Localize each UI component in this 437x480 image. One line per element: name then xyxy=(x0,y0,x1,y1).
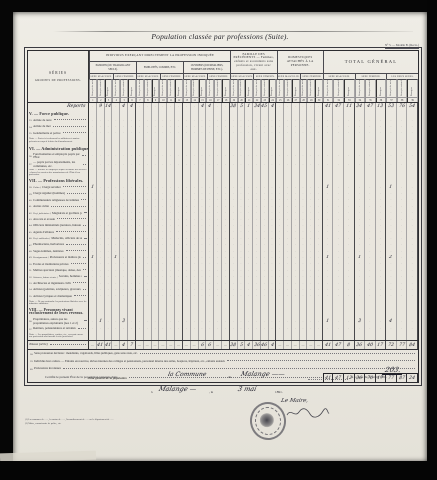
value-cell: 46 xyxy=(261,341,269,349)
value-cell xyxy=(144,299,152,307)
value-cell xyxy=(344,169,355,177)
value-cell xyxy=(300,169,308,177)
value-cell: 4 xyxy=(269,103,277,110)
value-cell: · xyxy=(333,317,344,325)
nationality-cell: Étrangers xyxy=(175,79,183,97)
value-cell: 53 xyxy=(386,103,397,110)
value-cell: 3 xyxy=(355,317,366,325)
value-cell xyxy=(89,169,97,177)
value-cell: 4 xyxy=(245,341,253,349)
value-cell xyxy=(307,299,315,307)
value-cell: · xyxy=(300,103,308,110)
value-cell xyxy=(89,177,97,185)
value-cell: · xyxy=(386,161,397,169)
value-cell xyxy=(152,110,160,118)
value-cell xyxy=(120,137,128,145)
value-cell xyxy=(152,177,160,185)
value-cell xyxy=(276,307,284,317)
column-number-cell: 27 xyxy=(292,97,300,102)
value-cell xyxy=(144,110,152,118)
value-cell xyxy=(167,110,175,118)
value-cell xyxy=(222,145,230,153)
value-cell xyxy=(245,307,253,317)
value-cell: · xyxy=(206,161,214,169)
value-cell xyxy=(333,110,344,118)
value-cell xyxy=(112,145,120,153)
value-cell xyxy=(269,145,277,153)
value-cell xyxy=(152,137,160,145)
column-number-cell: 36 xyxy=(376,97,387,102)
value-cell: · xyxy=(261,161,269,169)
value-cell: 6 xyxy=(199,341,207,349)
value-cell xyxy=(214,177,222,185)
value-cell xyxy=(112,307,120,317)
value-cell: · xyxy=(128,317,136,325)
value-cell: — xyxy=(159,341,167,349)
value-cell: 8 xyxy=(344,341,355,349)
column-number-cell: 32 xyxy=(333,97,344,102)
value-cell xyxy=(152,299,160,307)
value-cell: 4 xyxy=(386,317,397,325)
value-cell: · xyxy=(397,317,408,325)
value-cell xyxy=(333,177,344,185)
value-cell xyxy=(323,137,334,145)
value-cell xyxy=(253,307,261,317)
value-cell xyxy=(407,169,418,177)
value-cell xyxy=(238,137,246,145)
value-cell xyxy=(230,145,238,153)
nationality-cell: Étrangers xyxy=(315,79,323,97)
value-cell: 76 xyxy=(397,103,408,110)
value-cell xyxy=(183,332,191,340)
sex-header: SEXE MASCULIN. xyxy=(323,73,355,79)
value-cell xyxy=(344,177,355,185)
document-page: Population classée par professions (Suit… xyxy=(13,12,427,462)
value-cell xyxy=(355,110,366,118)
value-cell xyxy=(206,307,214,317)
value-cell xyxy=(397,332,408,340)
value-cell xyxy=(355,169,366,177)
value-cell xyxy=(89,137,97,145)
table-row: 56.Propriétaires, autres que les proprié… xyxy=(28,317,418,325)
value-cell xyxy=(386,332,397,340)
value-cell xyxy=(199,110,207,118)
column-number-cell: 28 xyxy=(300,97,308,102)
value-cell: · xyxy=(214,103,222,110)
value-cell xyxy=(222,177,230,185)
value-cell: · xyxy=(175,317,183,325)
value-cell: · xyxy=(222,103,230,110)
value-cell: · xyxy=(175,152,183,160)
hw-maire: Le Maire, xyxy=(280,398,308,404)
right-black-edge xyxy=(427,0,437,480)
value-cell: · xyxy=(144,152,152,160)
nationality-cell: Étrangers xyxy=(344,79,355,97)
value-cell: · xyxy=(238,317,246,325)
value-cell xyxy=(253,332,261,340)
value-cell xyxy=(315,299,323,307)
value-cell xyxy=(300,177,308,185)
table-row: Nota. — Les propriétaires, rentiers, etc… xyxy=(28,332,418,340)
value-cell: — xyxy=(175,341,183,349)
value-cell: · xyxy=(376,152,387,160)
value-cell xyxy=(97,177,105,185)
value-cell: · xyxy=(253,317,261,325)
value-cell: 47 xyxy=(333,103,344,110)
value-cell xyxy=(199,177,207,185)
value-cell xyxy=(292,307,300,317)
value-cell xyxy=(214,169,222,177)
value-cell: 40 xyxy=(365,341,376,349)
column-number-cell: 23 xyxy=(261,97,269,102)
value-cell xyxy=(167,299,175,307)
footnote-2: (2) Maire, commissaire de police, etc. xyxy=(25,422,61,425)
value-cell xyxy=(230,177,238,185)
value-cell xyxy=(261,110,269,118)
value-cell xyxy=(128,137,136,145)
value-cell: · xyxy=(344,317,355,325)
value-cell: · xyxy=(355,152,366,160)
value-cell: 7 xyxy=(128,341,136,349)
value-cell xyxy=(206,169,214,177)
employes-header: EMPLOYÉS, COMMIS, ETC. xyxy=(136,61,183,73)
column-number-cell: 20 xyxy=(238,97,246,102)
value-cell: 1 xyxy=(323,317,334,325)
value-cell: · xyxy=(300,317,308,325)
value-cell: · xyxy=(365,152,376,160)
value-cell xyxy=(128,145,136,153)
value-cell: 4 xyxy=(120,103,128,110)
value-cell xyxy=(386,137,397,145)
value-cell: · xyxy=(292,103,300,110)
value-cell xyxy=(323,307,334,317)
value-cell xyxy=(112,299,120,307)
value-cell xyxy=(386,299,397,307)
row-label-cell: Totaux (série) xyxy=(28,341,89,349)
value-cell xyxy=(144,307,152,317)
value-cell xyxy=(245,177,253,185)
table-row: Reports·914·44········44··385134454·····… xyxy=(28,103,418,110)
value-cell xyxy=(276,110,284,118)
value-cell: · xyxy=(159,103,167,110)
column-number-cell: 21 xyxy=(245,97,253,102)
value-cell xyxy=(407,110,418,118)
value-cell: · xyxy=(261,152,269,160)
value-cell xyxy=(230,137,238,145)
value-cell xyxy=(206,332,214,340)
value-cell xyxy=(261,332,269,340)
value-cell xyxy=(292,299,300,307)
value-cell xyxy=(144,145,152,153)
value-cell xyxy=(128,169,136,177)
value-cell: 1 xyxy=(97,317,105,325)
value-cell xyxy=(245,145,253,153)
value-cell: · xyxy=(97,152,105,160)
value-cell: 38 xyxy=(230,341,238,349)
hw-place: Malange —— xyxy=(240,370,286,378)
nationality-cell: Français naturalisés xyxy=(167,79,175,97)
column-number-cell: 15 xyxy=(199,97,207,102)
value-cell: 9 xyxy=(97,103,105,110)
value-cell xyxy=(206,110,214,118)
value-cell: · xyxy=(199,317,207,325)
value-cell xyxy=(159,307,167,317)
value-cell: 41 xyxy=(323,103,334,110)
value-cell xyxy=(97,110,105,118)
value-cell: · xyxy=(214,152,222,160)
value-cell: · xyxy=(105,152,113,160)
value-cell: · xyxy=(355,161,366,169)
value-cell: · xyxy=(120,161,128,169)
value-cell: · xyxy=(300,152,308,160)
value-cell: 34 xyxy=(253,103,261,110)
value-cell xyxy=(307,110,315,118)
value-cell: 34 xyxy=(355,103,366,110)
value-cell xyxy=(269,177,277,185)
value-cell: — xyxy=(292,341,300,349)
population-total-cell: 24 xyxy=(407,373,418,383)
value-cell xyxy=(175,307,183,317)
value-cell xyxy=(214,110,222,118)
value-cell xyxy=(128,332,136,340)
value-cell xyxy=(120,332,128,340)
value-cell xyxy=(269,137,277,145)
value-cell xyxy=(112,332,120,340)
value-cell xyxy=(269,299,277,307)
value-cell xyxy=(407,137,418,145)
value-cell: · xyxy=(333,161,344,169)
value-cell: 47 xyxy=(365,103,376,110)
row-label-cell: 56.Propriétaires, autres que les proprié… xyxy=(28,317,89,325)
value-cell: · xyxy=(159,152,167,160)
value-cell xyxy=(105,110,113,118)
value-cell xyxy=(315,307,323,317)
value-cell: 4 xyxy=(120,341,128,349)
nationality-cell: Français naturalisés xyxy=(191,79,199,97)
value-cell xyxy=(152,145,160,153)
value-cell: · xyxy=(276,317,284,325)
nationality-cell: Français naturalisés xyxy=(144,79,152,97)
column-number-cell: 6 xyxy=(128,97,136,102)
value-cell xyxy=(105,307,113,317)
column-number-cell: 10 xyxy=(159,97,167,102)
value-cell: · xyxy=(191,103,199,110)
value-cell xyxy=(136,299,144,307)
value-cell xyxy=(276,137,284,145)
value-cell xyxy=(175,145,183,153)
value-cell: · xyxy=(386,152,397,160)
value-cell: 4 xyxy=(269,341,277,349)
domestiques-header: DOMESTIQUES ATTACHÉS À LA PERSONNE. xyxy=(277,51,324,73)
value-cell xyxy=(136,169,144,177)
value-cell xyxy=(230,169,238,177)
value-cell xyxy=(376,110,387,118)
value-cell: 5 xyxy=(238,341,246,349)
value-cell xyxy=(365,307,376,317)
value-cell xyxy=(183,177,191,185)
value-cell xyxy=(112,137,120,145)
value-cell: · xyxy=(307,152,315,160)
row-label-cell: Reports xyxy=(28,103,89,110)
value-cell: · xyxy=(167,317,175,325)
nationality-cell: Français de naissance xyxy=(183,79,191,97)
value-cell xyxy=(261,145,269,153)
value-cell xyxy=(230,299,238,307)
value-cell: · xyxy=(292,161,300,169)
value-cell: · xyxy=(292,317,300,325)
value-cell xyxy=(167,332,175,340)
value-cell xyxy=(386,169,397,177)
value-cell: · xyxy=(269,317,277,325)
value-cell: · xyxy=(230,161,238,169)
column-number-cell: 8 xyxy=(144,97,152,102)
value-cell: 54 xyxy=(407,103,418,110)
value-cell: · xyxy=(222,152,230,160)
column-number-cell: 39 xyxy=(407,97,418,102)
value-cell xyxy=(199,169,207,177)
value-cell xyxy=(315,137,323,145)
value-cell xyxy=(89,332,97,340)
column-number-cell: 30 xyxy=(315,97,323,102)
value-cell: · xyxy=(206,152,214,160)
value-cell xyxy=(253,299,261,307)
value-cell: 4 xyxy=(206,103,214,110)
value-cell xyxy=(315,145,323,153)
value-cell xyxy=(261,169,269,177)
nationality-cell: Français naturalisés xyxy=(397,79,408,97)
value-cell xyxy=(269,332,277,340)
sex-header: SEXE FÉMININ. xyxy=(253,73,276,79)
column-number-cell: 38 xyxy=(397,97,408,102)
bottom-black-band xyxy=(0,461,437,480)
value-cell xyxy=(307,332,315,340)
value-cell: 17 xyxy=(376,341,387,349)
hw-place2: Malange — xyxy=(158,385,197,393)
value-cell: · xyxy=(144,317,152,325)
value-cell: · xyxy=(89,103,97,110)
value-cell xyxy=(183,145,191,153)
value-cell: · xyxy=(397,152,408,160)
column-number-cell: 37 xyxy=(386,97,397,102)
value-cell: · xyxy=(269,152,277,160)
value-cell: — xyxy=(300,341,308,349)
value-cell xyxy=(397,145,408,153)
mayor-signature xyxy=(285,406,331,420)
nationality-cell: Français naturalisés xyxy=(365,79,376,97)
value-cell xyxy=(344,145,355,153)
value-cell: · xyxy=(191,317,199,325)
value-cell: · xyxy=(152,317,160,325)
nationality-cell: Français naturalisés xyxy=(238,79,246,97)
value-cell: 14 xyxy=(105,103,113,110)
value-cell xyxy=(315,332,323,340)
value-cell xyxy=(261,137,269,145)
value-cell xyxy=(365,299,376,307)
value-cell xyxy=(183,169,191,177)
value-cell xyxy=(191,110,199,118)
value-cell xyxy=(136,137,144,145)
value-cell: · xyxy=(175,103,183,110)
table-body: Reports·914·44········44··385134454·····… xyxy=(28,103,418,383)
value-cell: · xyxy=(397,161,408,169)
value-cell: 13 xyxy=(376,103,387,110)
value-cell xyxy=(269,169,277,177)
groupes-title: GROUPES DE PROFESSIONS. xyxy=(35,79,81,82)
table-row: Nota. — Porter ici seulement les militai… xyxy=(28,137,418,145)
value-cell: · xyxy=(222,317,230,325)
value-cell xyxy=(397,299,408,307)
value-cell xyxy=(128,177,136,185)
value-cell: 6 xyxy=(206,341,214,349)
table-row: VIII. — Personnes vivant exclusivement d… xyxy=(28,307,418,317)
value-cell xyxy=(105,137,113,145)
value-cell: · xyxy=(407,152,418,160)
value-cell xyxy=(292,110,300,118)
value-cell xyxy=(191,177,199,185)
nationality-cell: Français naturalisés xyxy=(284,79,292,97)
value-cell: · xyxy=(167,103,175,110)
de-label: de xyxy=(228,375,231,379)
nationality-cell: Français naturalisés xyxy=(307,79,315,97)
value-cell: 11 xyxy=(344,103,355,110)
value-cell: · xyxy=(245,152,253,160)
value-cell xyxy=(284,110,292,118)
value-cell: 47 xyxy=(333,341,344,349)
value-cell xyxy=(323,177,334,185)
value-cell: · xyxy=(333,152,344,160)
value-cell: 36 xyxy=(355,341,366,349)
value-cell xyxy=(307,137,315,145)
series-title: SÉRIES xyxy=(49,71,67,75)
nationality-cell: Étrangers xyxy=(407,79,418,97)
value-cell xyxy=(284,145,292,153)
value-cell xyxy=(144,332,152,340)
value-cell xyxy=(238,332,246,340)
fullwidth-row: 59.Individus hors cadres. — Enfants en n… xyxy=(28,358,418,366)
value-cell xyxy=(136,177,144,185)
row-label-cell: 37.— payés par les départements, les com… xyxy=(28,161,89,169)
value-cell xyxy=(386,145,397,153)
value-cell: · xyxy=(105,317,113,325)
value-cell xyxy=(276,145,284,153)
value-cell xyxy=(307,177,315,185)
column-number-cell: 14 xyxy=(191,97,199,102)
column-number-cell: 29 xyxy=(307,97,315,102)
value-cell: · xyxy=(89,317,97,325)
row-label-cell: VII. — Professions libérales. xyxy=(28,177,89,185)
table-row: Nota. — Inscrire les employés d'après la… xyxy=(28,169,418,177)
value-cell xyxy=(245,332,253,340)
value-cell xyxy=(159,145,167,153)
column-number-cell: 24 xyxy=(269,97,277,102)
value-cell: · xyxy=(284,317,292,325)
column-number-cell: 25 xyxy=(276,97,284,102)
nationality-cell: Français naturalisés xyxy=(214,79,222,97)
nationality-cell: Français de naissance xyxy=(206,79,214,97)
value-cell xyxy=(97,169,105,177)
value-cell xyxy=(112,177,120,185)
value-cell xyxy=(253,110,261,118)
column-number-cell: 34 xyxy=(355,97,366,102)
value-cell: · xyxy=(144,103,152,110)
value-cell xyxy=(355,177,366,185)
form-reference-note: N° 5. — Modèle B. (Recto.) xyxy=(385,43,419,49)
value-cell: · xyxy=(292,152,300,160)
value-cell xyxy=(238,299,246,307)
value-cell xyxy=(89,299,97,307)
nationality-cell: Étrangers xyxy=(245,79,253,97)
value-cell xyxy=(376,169,387,177)
